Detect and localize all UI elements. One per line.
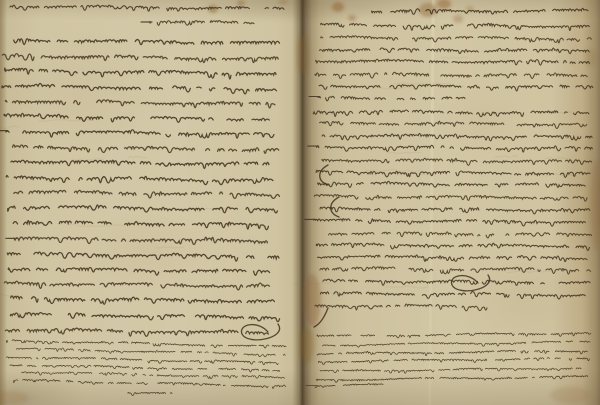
right-page-main-a-line: [321, 36, 592, 43]
left-page-header-block: [10, 5, 284, 25]
right-page-main-b-line: [320, 267, 591, 274]
left-page-main-line: [11, 160, 269, 168]
right-page-main-a-line: [315, 72, 587, 78]
right-page-main-b-line: [320, 207, 590, 214]
pen-flourishes: [241, 165, 489, 340]
left-page-main-block: [0, 39, 280, 337]
left-page-header-line: [10, 5, 284, 11]
left-page-header-line: [141, 21, 254, 26]
right-page-main-b-line: [308, 145, 593, 152]
left-page-footnote-line: [128, 392, 172, 395]
show-through-mark: [507, 271, 553, 273]
left-page-main-line: [10, 313, 279, 322]
right-page-main-b-line: [318, 181, 586, 187]
left-page-main-line: [4, 281, 269, 290]
right-margin-swash: [320, 165, 328, 185]
show-through-mark: [385, 286, 428, 288]
show-through-mark: [442, 57, 468, 58]
right-page-main-b-line: [322, 134, 592, 141]
left-page-footnote-line: [7, 357, 279, 365]
right-page-main-b-line: [316, 170, 590, 177]
show-through-mark: [72, 159, 103, 161]
show-through-mark: [0, 126, 20, 128]
right-page-footnote-line: [317, 376, 588, 383]
show-through-mark: [129, 156, 147, 158]
left-page-main-line: [2, 54, 278, 63]
left-page-footnote-line: [16, 372, 285, 379]
left-page-footnote-block: [7, 340, 287, 396]
foxing-stain: [300, 327, 314, 363]
show-through-mark: [395, 83, 450, 84]
left-page-main-line: [6, 176, 273, 185]
left-page-footnote-line: [16, 348, 285, 357]
right-page-main-a-line: [316, 59, 590, 65]
foxing-stain: [348, 15, 356, 21]
right-page-main-b-line: [316, 243, 589, 250]
foxing-stain: [0, 391, 28, 405]
right-page-footnote-line: [320, 368, 581, 373]
handwritten-text: [0, 5, 593, 395]
left-page-main-line: [0, 130, 274, 138]
show-through-mark: [157, 247, 184, 248]
right-page-footnote-line: [318, 341, 590, 347]
foxing-stain: [237, 0, 245, 6]
left-page-main-line: [13, 145, 279, 153]
left-page-main-line: [5, 100, 275, 108]
right-page-header-block: [372, 8, 588, 14]
right-page-main-b-line: [320, 121, 587, 128]
right-page-main-b-block: [305, 110, 593, 311]
show-through-mark: [545, 157, 570, 159]
right-page-footnote-line: [317, 332, 591, 337]
right-page-footnote-line: [317, 350, 587, 356]
foxing-stain: [437, 0, 451, 9]
ink-showthrough: [0, 57, 575, 296]
foxing-stain: [332, 2, 344, 12]
left-page-main-line: [6, 237, 268, 245]
right-page-header-line: [372, 8, 588, 14]
left-page-main-line: [14, 39, 280, 45]
foxing-stain: [297, 35, 309, 75]
show-through-mark: [387, 152, 421, 153]
right-page-main-b-line: [313, 110, 589, 117]
left-page-main-line: [7, 252, 279, 261]
right-page-main-b-line: [314, 194, 587, 201]
right-page-footnote-block: [306, 332, 591, 387]
right-page-main-a-line: [319, 48, 589, 54]
left-page-main-line: [8, 268, 269, 276]
right-page-main-a-line: [309, 96, 465, 101]
show-through-mark: [495, 156, 517, 158]
right-page-footnote-line: [318, 358, 589, 365]
show-through-mark: [67, 224, 125, 226]
right-page-main-b-line: [329, 232, 592, 238]
right-page-ink: [305, 8, 593, 387]
right-page-main-b-line: [322, 158, 592, 165]
left-page-main-line: [2, 84, 276, 94]
right-page-main-b-line: [320, 292, 585, 299]
right-page-main-a-line: [321, 23, 590, 30]
left-page-main-line: [13, 221, 268, 230]
manuscript-photo: [0, 0, 600, 405]
left-page-footnote-line: [10, 365, 280, 372]
left-page-ink: [0, 5, 286, 395]
foxing-stain: [453, 15, 463, 23]
left-page-footnote-line: [7, 340, 286, 348]
right-page-main-b-line: [323, 279, 590, 285]
right-page-footnote-line: [306, 384, 383, 388]
foxing-stain: [550, 387, 590, 403]
right-page-main-a-block: [309, 23, 593, 101]
left-page-main-line: [5, 68, 276, 79]
foxing-stain: [278, 0, 288, 4]
show-through-mark: [0, 294, 18, 296]
left-page-main-line: [14, 190, 280, 198]
handwriting-layer: [0, 0, 600, 405]
right-page-main-b-line: [305, 219, 586, 226]
right-page-main-b-line: [315, 304, 487, 311]
left-page-footnote-line: [14, 379, 286, 388]
show-through-mark: [295, 283, 330, 285]
left-page-main-line: [5, 328, 268, 336]
right-margin-swash-2: [331, 197, 339, 217]
right-page-main-b-line: [318, 255, 588, 262]
left-page-main-line: [11, 296, 275, 304]
foxing-stain: [208, 5, 218, 13]
left-page-main-line: [8, 205, 278, 213]
foxing-stain: [303, 274, 321, 326]
foxing-stain: [591, 160, 600, 250]
